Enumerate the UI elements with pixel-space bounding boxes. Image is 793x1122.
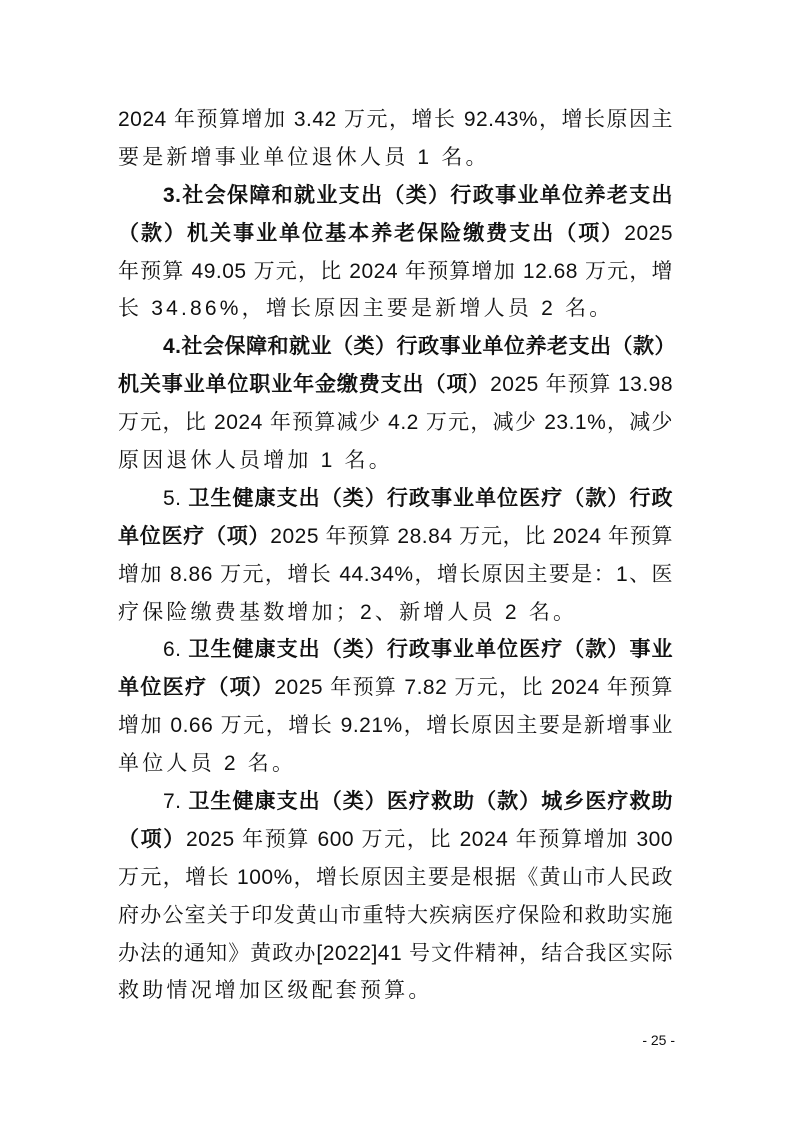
- text-line: 单位医疗（项）2025 年预算 7.82 万元，比 2024 年预算: [118, 669, 673, 707]
- paragraph-p3: 3.社会保障和就业支出（类）行政事业单位养老支出（款）机关事业单位基本养老保险缴…: [118, 177, 673, 329]
- body-text-run: 2025: [624, 222, 673, 245]
- document-page: 2024 年预算增加 3.42 万元，增长 92.43%，增长原因主要是新增事业…: [0, 0, 793, 1122]
- text-line: 疗保险缴费基数增加；2、新增人员 2 名。: [118, 594, 673, 632]
- body-text-run: 2024 年预算增加 3.42 万元，增长 92.43%，增长原因主: [118, 108, 673, 131]
- heading-text: 4.社会保障和就业（类）行政事业单位养老支出（款）: [163, 335, 676, 358]
- text-line: 救助情况增加区级配套预算。: [118, 972, 673, 1010]
- text-line: 长 34.86%，增长原因主要是新增人员 2 名。: [118, 290, 673, 328]
- text-line: （款）机关事业单位基本养老保险缴费支出（项）2025: [118, 215, 673, 253]
- body-text-run: 办法的通知》黄政办[2022]41 号文件精神，结合我区实际: [118, 942, 673, 965]
- heading-text: 卫生健康支出（类）行政事业单位医疗（款）行政: [188, 487, 673, 510]
- body-text-run: 2025 年预算 7.82 万元，比 2024 年预算: [274, 676, 673, 699]
- text-line: 单位医疗（项）2025 年预算 28.84 万元，比 2024 年预算: [118, 518, 673, 556]
- heading-text: 卫生健康支出（类）医疗救助（款）城乡医疗救助: [188, 790, 673, 813]
- page-number: - 25 -: [642, 1031, 675, 1049]
- body-text-run: 万元，比 2024 年预算减少 4.2 万元，减少 23.1%，减少: [118, 411, 673, 434]
- body-text: 2024 年预算增加 3.42 万元，增长 92.43%，增长原因主要是新增事业…: [118, 101, 673, 1010]
- body-text-run: 5.: [163, 487, 188, 510]
- text-line: 原因退休人员增加 1 名。: [118, 442, 673, 480]
- text-line: 办法的通知》黄政办[2022]41 号文件精神，结合我区实际: [118, 935, 673, 973]
- text-line: 要是新增事业单位退休人员 1 名。: [118, 139, 673, 177]
- text-line: 6. 卫生健康支出（类）行政事业单位医疗（款）事业: [118, 631, 673, 669]
- heading-text: 3.社会保障和就业支出（类）行政事业单位养老支出: [163, 184, 673, 207]
- paragraph-p7: 7. 卫生健康支出（类）医疗救助（款）城乡医疗救助（项）2025 年预算 600…: [118, 783, 673, 1010]
- heading-text: 单位医疗（项）: [118, 525, 270, 548]
- body-text-run: 单位人员 2 名。: [118, 752, 296, 775]
- body-text-run: 6.: [163, 638, 188, 661]
- body-text-run: 疗保险缴费基数增加；2、新增人员 2 名。: [118, 601, 577, 624]
- text-line: 增加 0.66 万元，增长 9.21%，增长原因主要是新增事业: [118, 707, 673, 745]
- heading-text: （项）: [118, 828, 186, 851]
- body-text-run: 万元，增长 100%，增长原因主要是根据《黄山市人民政: [118, 866, 673, 889]
- body-text-run: 增加 8.86 万元，增长 44.34%，增长原因主要是：1、医: [118, 563, 673, 586]
- body-text-run: 2025 年预算 28.84 万元，比 2024 年预算: [270, 525, 673, 548]
- heading-text: 卫生健康支出（类）行政事业单位医疗（款）事业: [188, 638, 673, 661]
- text-line: （项）2025 年预算 600 万元，比 2024 年预算增加 300: [118, 821, 673, 859]
- text-line: 府办公室关于印发黄山市重特大疾病医疗保险和救助实施: [118, 897, 673, 935]
- text-line: 2024 年预算增加 3.42 万元，增长 92.43%，增长原因主: [118, 101, 673, 139]
- body-text-run: 救助情况增加区级配套预算。: [118, 979, 433, 1002]
- paragraph-p4: 4.社会保障和就业（类）行政事业单位养老支出（款）机关事业单位职业年金缴费支出（…: [118, 328, 673, 480]
- heading-text: 单位医疗（项）: [118, 676, 274, 699]
- heading-text: （款）机关事业单位基本养老保险缴费支出（项）: [118, 222, 624, 245]
- body-text-run: 年预算 49.05 万元，比 2024 年预算增加 12.68 万元，增: [118, 260, 673, 283]
- text-line: 万元，增长 100%，增长原因主要是根据《黄山市人民政: [118, 859, 673, 897]
- body-text-run: 原因退休人员增加 1 名。: [118, 449, 393, 472]
- paragraph-p6: 6. 卫生健康支出（类）行政事业单位医疗（款）事业单位医疗（项）2025 年预算…: [118, 631, 673, 783]
- text-line: 4.社会保障和就业（类）行政事业单位养老支出（款）: [118, 328, 673, 366]
- body-text-run: 长 34.86%，增长原因主要是新增人员 2 名。: [118, 297, 613, 320]
- body-text-run: 增加 0.66 万元，增长 9.21%，增长原因主要是新增事业: [118, 714, 673, 737]
- text-line: 万元，比 2024 年预算减少 4.2 万元，减少 23.1%，减少: [118, 404, 673, 442]
- body-text-run: 7.: [163, 790, 188, 813]
- text-line: 7. 卫生健康支出（类）医疗救助（款）城乡医疗救助: [118, 783, 673, 821]
- text-line: 年预算 49.05 万元，比 2024 年预算增加 12.68 万元，增: [118, 253, 673, 291]
- text-line: 增加 8.86 万元，增长 44.34%，增长原因主要是：1、医: [118, 556, 673, 594]
- paragraph-p2-continued: 2024 年预算增加 3.42 万元，增长 92.43%，增长原因主要是新增事业…: [118, 101, 673, 177]
- body-text-run: 要是新增事业单位退休人员 1 名。: [118, 146, 490, 169]
- paragraph-p5: 5. 卫生健康支出（类）行政事业单位医疗（款）行政单位医疗（项）2025 年预算…: [118, 480, 673, 632]
- text-line: 机关事业单位职业年金缴费支出（项）2025 年预算 13.98: [118, 366, 673, 404]
- body-text-run: 2025 年预算 600 万元，比 2024 年预算增加 300: [186, 828, 673, 851]
- heading-text: 机关事业单位职业年金缴费支出（项）: [118, 373, 490, 396]
- body-text-run: 府办公室关于印发黄山市重特大疾病医疗保险和救助实施: [118, 904, 673, 927]
- text-line: 3.社会保障和就业支出（类）行政事业单位养老支出: [118, 177, 673, 215]
- text-line: 5. 卫生健康支出（类）行政事业单位医疗（款）行政: [118, 480, 673, 518]
- text-line: 单位人员 2 名。: [118, 745, 673, 783]
- body-text-run: 2025 年预算 13.98: [490, 373, 673, 396]
